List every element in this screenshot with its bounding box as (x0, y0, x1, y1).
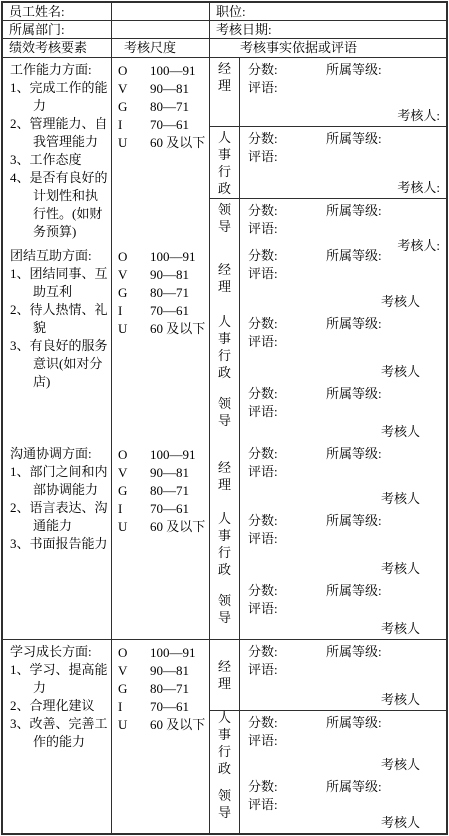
comment-label: 评语: (248, 79, 446, 97)
comment-label: 评语: (248, 600, 446, 618)
factors-cell: 学习成长方面: 1、学习、提高能力 2、合理化建议 3、改善、完善工作的能力 (3, 640, 112, 833)
scale-range: 90—81 (150, 266, 189, 284)
scale-range: 80—71 (150, 482, 189, 500)
evaluator-name: 经理 (217, 261, 232, 295)
grade-level-label: 所属等级: (326, 778, 382, 796)
grade-level-label: 所属等级: (326, 582, 382, 600)
scale-range: 60 及以下 (150, 320, 205, 338)
factor-item: 2、待人热情、礼貌 (10, 301, 108, 337)
scale-row: U60 及以下 (118, 320, 209, 338)
scale-range: 80—71 (150, 680, 189, 698)
evaluator-name: 人事行政 (217, 510, 232, 578)
evaluator-label: 人事行政 (210, 509, 240, 579)
evaluator-name: 领导 (217, 592, 232, 626)
evaluation-rows: 经理 分数:所属等级: 评语: 考核人 人事行政 分数:所属等级: 评语: 考核… (210, 244, 446, 442)
factor-item: 1、部门之间和内部协调能力 (10, 463, 108, 499)
evaluation-rows: 经理 分数:所属等级: 评语: 考核人 人事行政 分数:所属等级: 评语: 考核… (210, 442, 446, 639)
evaluator-label: 经理 (210, 640, 240, 710)
scale-range: 70—61 (150, 302, 189, 320)
scale-grade: I (118, 302, 150, 320)
assessor-label: 考核人 (381, 757, 446, 773)
eval-row-leadership: 领导 分数:所属等级: 评语: 考核人 (210, 775, 446, 833)
assessor-label: 考核人 (381, 561, 446, 577)
scale-range: 90—81 (150, 464, 189, 482)
rating-scale-cell: O100—91 V90—81 G80—71 I70—61 U60 及以下 (112, 244, 210, 442)
score-label: 分数: (248, 247, 326, 265)
scale-grade: U (118, 320, 150, 338)
scale-row: V90—81 (118, 266, 209, 284)
eval-row-hr-admin: 人事行政 分数:所属等级: 评语: 考核人 (210, 312, 446, 382)
comment-label: 评语: (248, 732, 446, 750)
scale-row: I70—61 (118, 116, 209, 134)
rating-scale-cell: O100—91 V90—81 G80—71 I70—61 U60 及以下 (112, 58, 210, 244)
comment-label: 评语: (248, 265, 446, 283)
evaluator-name: 领导 (217, 395, 232, 429)
appraisal-form-table: 员工姓名: 职位: 所属部门: 考核日期: 绩效考核要素 考核尺度 考核事实依据… (1, 1, 448, 835)
section-title: 学习成长方面: (10, 643, 108, 661)
evaluation-rows: 经理 分数:所属等级: 评语: 考核人 人事行政 分数:所属等级: 评语: 考核… (210, 640, 446, 833)
score-label: 分数: (248, 385, 326, 403)
assessor-label: 考核人 (381, 692, 446, 708)
assessor-label: 考核人 (381, 621, 446, 637)
assessor-label: 考核人 (381, 815, 446, 831)
evaluator-label: 领导 (210, 579, 240, 639)
scale-grade: O (118, 644, 150, 662)
eval-row-hr-admin: 人事行政 分数:所属等级: 评语: 考核人 (210, 509, 446, 579)
evaluator-label: 人事行政 (210, 312, 240, 382)
scale-row: V90—81 (118, 464, 209, 482)
evaluation-cell: 分数:所属等级: 评语: 考核人: (240, 199, 446, 244)
scale-grade: V (118, 464, 150, 482)
scale-range: 90—81 (150, 662, 189, 680)
evaluator-label: 领导 (210, 775, 240, 833)
evaluation-cell: 分数:所属等级: 评语: 考核人 (240, 509, 446, 579)
scale-grade: O (118, 62, 150, 80)
comment-label: 评语: (248, 530, 446, 548)
scale-range: 100—91 (150, 446, 196, 464)
factor-item: 1、完成工作的能力 (10, 79, 108, 115)
assessor-label: 考核人: (397, 108, 446, 124)
rating-scale-cell: O100—91 V90—81 G80—71 I70—61 U60 及以下 (112, 442, 210, 639)
eval-row-leadership: 领导 分数:所属等级: 评语: 考核人: (210, 198, 446, 244)
scale-range: 100—91 (150, 248, 196, 266)
column-header-row: 绩效考核要素 考核尺度 考核事实依据或评语 (3, 39, 446, 58)
factor-item: 3、有良好的服务意识(如对分店) (10, 337, 108, 391)
score-label: 分数: (248, 582, 326, 600)
assessor-label: 考核人: (397, 180, 446, 196)
score-label: 分数: (248, 714, 326, 732)
scale-row: G80—71 (118, 284, 209, 302)
scale-row: O100—91 (118, 446, 209, 464)
scale-grade: U (118, 134, 150, 152)
evaluator-label: 领导 (210, 382, 240, 442)
eval-row-leadership: 领导 分数:所属等级: 评语: 考核人 (210, 579, 446, 639)
score-label: 分数: (248, 643, 326, 661)
grade-level-label: 所属等级: (326, 315, 382, 333)
score-label: 分数: (248, 130, 326, 148)
comment-label: 评语: (248, 796, 446, 814)
evaluation-cell: 分数:所属等级: 评语: 考核人 (240, 640, 446, 710)
scale-row: G80—71 (118, 98, 209, 116)
scale-range: 100—91 (150, 644, 196, 662)
eval-row-manager: 经理 分数:所属等级: 评语: 考核人 (210, 640, 446, 710)
evaluation-cell: 分数:所属等级: 评语: 考核人 (240, 579, 446, 639)
grade-level-label: 所属等级: (326, 714, 382, 732)
scale-row: I70—61 (118, 500, 209, 518)
factor-item: 4、是否有良好的计划性和执行性。(如财务预算) (10, 169, 108, 241)
assessor-label: 考核人 (381, 424, 446, 440)
evaluation-cell: 分数:所属等级: 评语: 考核人: (240, 58, 446, 126)
evaluator-name: 经理 (217, 658, 232, 692)
comment-label: 评语: (248, 220, 446, 238)
scale-range: 70—61 (150, 116, 189, 134)
factor-item: 3、书面报告能力 (10, 535, 108, 553)
scale-range: 70—61 (150, 698, 189, 716)
section-learning-growth: 学习成长方面: 1、学习、提高能力 2、合理化建议 3、改善、完善工作的能力 O… (3, 639, 446, 833)
scale-row: U60 及以下 (118, 518, 209, 536)
scale-range: 60 及以下 (150, 518, 205, 536)
score-label: 分数: (248, 61, 326, 79)
factor-item: 1、团结同事、互助互利 (10, 265, 108, 301)
evaluator-label: 经理 (210, 58, 240, 126)
eval-row-hr-admin: 人事行政 分数:所属等级: 评语: 考核人: (210, 126, 446, 198)
eval-row-manager: 经理 分数:所属等级: 评语: 考核人 (210, 442, 446, 509)
assessor-label: 考核人 (381, 294, 446, 310)
grade-level-label: 所属等级: (326, 61, 382, 79)
scale-grade: I (118, 500, 150, 518)
factors-cell: 工作能力方面: 1、完成工作的能力 2、管理能力、自我管理能力 3、工作态度 4… (3, 58, 112, 244)
evaluation-cell: 分数:所属等级: 评语: 考核人 (240, 312, 446, 382)
assessor-label: 考核人 (381, 364, 446, 380)
eval-row-manager: 经理 分数:所属等级: 评语: 考核人: (210, 58, 446, 126)
scale-row: I70—61 (118, 302, 209, 320)
eval-row-hr-admin: 人事行政 分数:所属等级: 评语: 考核人 (210, 710, 446, 775)
header-row-department: 所属部门: 考核日期: (3, 21, 446, 39)
scale-grade: V (118, 266, 150, 284)
scale-range: 80—71 (150, 284, 189, 302)
rating-scale-cell: O100—91 V90—81 G80—71 I70—61 U60 及以下 (112, 640, 210, 833)
evaluator-name: 领导 (217, 787, 232, 821)
scale-row: O100—91 (118, 62, 209, 80)
factor-item: 2、语言表达、沟通能力 (10, 499, 108, 535)
scale-range: 90—81 (150, 80, 189, 98)
comment-label: 评语: (248, 403, 446, 421)
evaluator-label: 领导 (210, 199, 240, 244)
scale-range: 70—61 (150, 500, 189, 518)
factor-item: 3、改善、完善工作的能力 (10, 715, 108, 751)
grade-level-label: 所属等级: (326, 385, 382, 403)
scale-range: 80—71 (150, 98, 189, 116)
assessment-date-label: 考核日期: (210, 21, 446, 38)
factor-item: 2、管理能力、自我管理能力 (10, 115, 108, 151)
col-header-evidence: 考核事实依据或评语 (210, 39, 446, 57)
factor-item: 3、工作态度 (10, 151, 108, 169)
department-label: 所属部门: (3, 21, 112, 38)
score-label: 分数: (248, 778, 326, 796)
assessor-label: 考核人 (381, 491, 446, 507)
eval-row-manager: 经理 分数:所属等级: 评语: 考核人 (210, 244, 446, 312)
evaluation-cell: 分数:所属等级: 评语: 考核人 (240, 244, 446, 312)
scale-row: U60 及以下 (118, 716, 209, 734)
scale-row: V90—81 (118, 662, 209, 680)
evaluation-rows: 经理 分数:所属等级: 评语: 考核人: 人事行政 分数:所属等级: 评语: 考… (210, 58, 446, 244)
scale-grade: O (118, 446, 150, 464)
evaluator-name: 经理 (217, 60, 232, 94)
comment-label: 评语: (248, 333, 446, 351)
evaluator-label: 人事行政 (210, 711, 240, 775)
evaluator-name: 人事行政 (217, 709, 232, 777)
section-communication: 沟通协调方面: 1、部门之间和内部协调能力 2、语言表达、沟通能力 3、书面报告… (3, 442, 446, 639)
score-label: 分数: (248, 315, 326, 333)
grade-level-label: 所属等级: (326, 445, 382, 463)
scale-row: O100—91 (118, 248, 209, 266)
evaluation-cell: 分数:所属等级: 评语: 考核人 (240, 442, 446, 509)
scale-row: O100—91 (118, 644, 209, 662)
evaluator-label: 经理 (210, 244, 240, 312)
scale-row: V90—81 (118, 80, 209, 98)
scale-range: 100—91 (150, 62, 196, 80)
evaluator-label: 人事行政 (210, 127, 240, 198)
scale-grade: V (118, 80, 150, 98)
scale-grade: O (118, 248, 150, 266)
scale-grade: V (118, 662, 150, 680)
factors-cell: 团结互助方面: 1、团结同事、互助互利 2、待人热情、礼貌 3、有良好的服务意识… (3, 244, 112, 442)
evaluation-cell: 分数:所属等级: 评语: 考核人 (240, 711, 446, 775)
eval-row-leadership: 领导 分数:所属等级: 评语: 考核人 (210, 382, 446, 442)
grade-level-label: 所属等级: (326, 130, 382, 148)
evaluation-cell: 分数:所属等级: 评语: 考核人 (240, 775, 446, 833)
evaluator-name: 经理 (217, 459, 232, 493)
scale-range: 60 及以下 (150, 716, 205, 734)
position-label: 职位: (210, 3, 446, 20)
evaluator-name: 领导 (217, 201, 232, 235)
score-label: 分数: (248, 445, 326, 463)
scale-grade: G (118, 680, 150, 698)
section-title: 工作能力方面: (10, 61, 108, 79)
factor-item: 2、合理化建议 (10, 697, 108, 715)
evaluation-cell: 分数:所属等级: 评语: 考核人 (240, 382, 446, 442)
header-row-name: 员工姓名: 职位: (3, 3, 446, 21)
grade-level-label: 所属等级: (326, 247, 382, 265)
evaluator-name: 人事行政 (217, 129, 232, 197)
section-work-ability: 工作能力方面: 1、完成工作的能力 2、管理能力、自我管理能力 3、工作态度 4… (3, 58, 446, 244)
col-header-factors: 绩效考核要素 (3, 39, 112, 57)
grade-level-label: 所属等级: (326, 202, 382, 220)
scale-grade: I (118, 698, 150, 716)
department-blank (112, 21, 210, 38)
comment-label: 评语: (248, 148, 446, 166)
comment-label: 评语: (248, 463, 446, 481)
section-title: 沟通协调方面: (10, 445, 108, 463)
scale-grade: G (118, 482, 150, 500)
evaluation-cell: 分数:所属等级: 评语: 考核人: (240, 127, 446, 198)
factors-cell: 沟通协调方面: 1、部门之间和内部协调能力 2、语言表达、沟通能力 3、书面报告… (3, 442, 112, 639)
employee-name-blank (112, 3, 210, 20)
scale-grade: G (118, 98, 150, 116)
scale-row: G80—71 (118, 680, 209, 698)
factor-item: 1、学习、提高能力 (10, 661, 108, 697)
scale-grade: U (118, 716, 150, 734)
employee-name-label: 员工姓名: (3, 3, 112, 20)
section-title: 团结互助方面: (10, 247, 108, 265)
score-label: 分数: (248, 202, 326, 220)
grade-level-label: 所属等级: (326, 512, 382, 530)
section-teamwork: 团结互助方面: 1、团结同事、互助互利 2、待人热情、礼貌 3、有良好的服务意识… (3, 244, 446, 442)
scale-row: I70—61 (118, 698, 209, 716)
scale-range: 60 及以下 (150, 134, 205, 152)
scale-row: U60 及以下 (118, 134, 209, 152)
col-header-scale: 考核尺度 (112, 39, 210, 57)
scale-grade: G (118, 284, 150, 302)
scale-row: G80—71 (118, 482, 209, 500)
evaluator-label: 经理 (210, 442, 240, 509)
scale-grade: U (118, 518, 150, 536)
comment-label: 评语: (248, 661, 446, 679)
scale-grade: I (118, 116, 150, 134)
grade-level-label: 所属等级: (326, 643, 382, 661)
evaluator-name: 人事行政 (217, 313, 232, 381)
score-label: 分数: (248, 512, 326, 530)
